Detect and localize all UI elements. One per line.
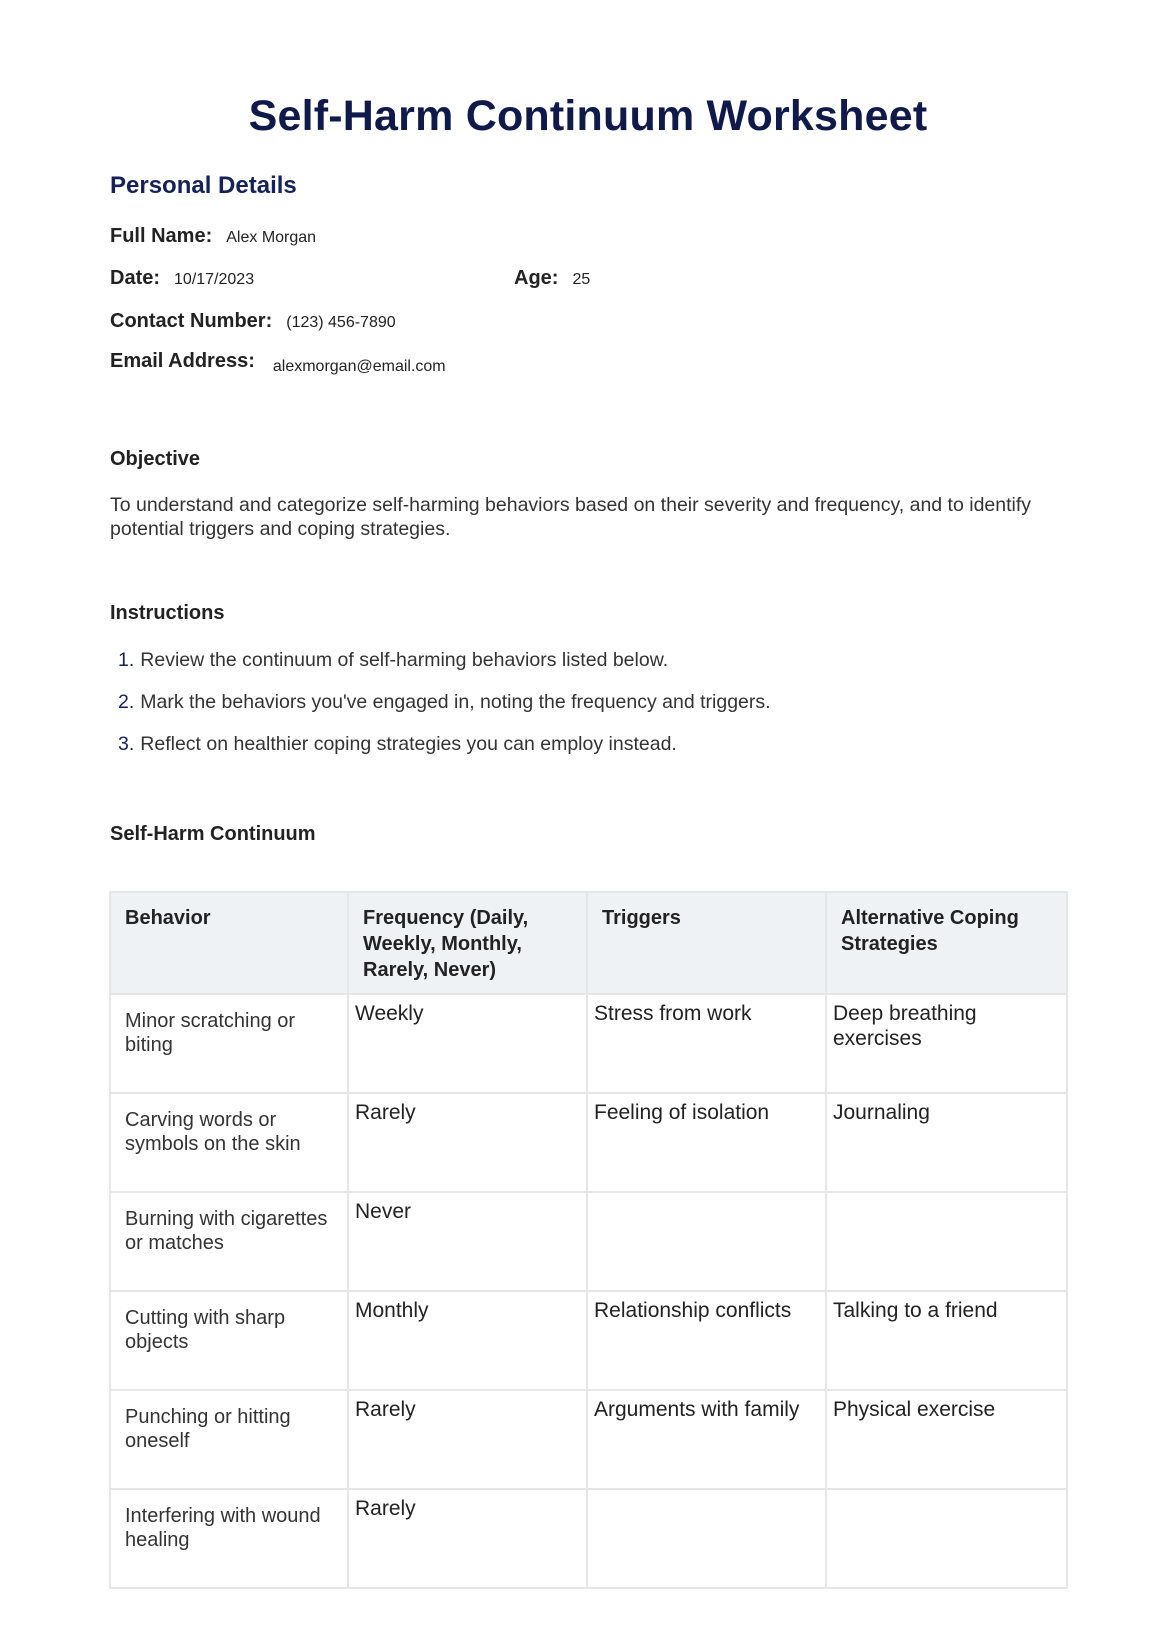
coping-cell: Deep breathing exercises [826,994,1067,1093]
behavior-cell: Interfering with wound healing [110,1489,348,1588]
coping-cell: Journaling [826,1093,1067,1192]
email-field: Email Address: alexmorgan@email.com [110,350,446,373]
behavior-cell: Punching or hitting oneself [110,1390,348,1489]
triggers-cell: Stress from work [587,994,826,1093]
frequency-cell: Rarely [348,1489,587,1588]
coping-cell [826,1489,1067,1588]
date-label: Date: [110,267,160,290]
page-title: Self-Harm Continuum Worksheet [0,92,1176,141]
full-name-label: Full Name: [110,225,212,248]
frequency-cell: Rarely [348,1390,587,1489]
worksheet-page: Self-Harm Continuum Worksheet Personal D… [0,0,1176,1630]
column-header-behavior: Behavior [110,892,348,994]
behavior-cell: Burning with cigarettes or matches [110,1192,348,1291]
date-value: 10/17/2023 [174,271,254,289]
instructions-heading: Instructions [110,602,224,625]
continuum-heading: Self-Harm Continuum [110,823,316,846]
full-name-field: Full Name: Alex Morgan [110,225,316,248]
email-value: alexmorgan@email.com [273,358,446,376]
frequency-cell: Never [348,1192,587,1291]
personal-details-heading: Personal Details [110,172,297,200]
column-header-triggers: Triggers [587,892,826,994]
coping-cell: Talking to a friend [826,1291,1067,1390]
coping-cell [826,1192,1067,1291]
behavior-cell: Cutting with sharp objects [110,1291,348,1390]
objective-heading: Objective [110,448,200,471]
email-label: Email Address: [110,350,255,373]
behavior-cell: Minor scratching or biting [110,994,348,1093]
table-row: Interfering with wound healingRarely [110,1489,1067,1588]
triggers-cell: Relationship conflicts [587,1291,826,1390]
age-label: Age: [514,267,558,290]
date-field: Date: 10/17/2023 [110,267,254,290]
table-row: Minor scratching or bitingWeeklyStress f… [110,994,1067,1093]
column-header-coping: Alternative Coping Strategies [826,892,1067,994]
column-header-frequency: Frequency (Daily, Weekly, Monthly, Rarel… [348,892,587,994]
age-value: 25 [572,271,590,289]
table-header-row: Behavior Frequency (Daily, Weekly, Month… [110,892,1067,994]
triggers-cell: Arguments with family [587,1390,826,1489]
table-row: Punching or hitting oneselfRarelyArgumen… [110,1390,1067,1489]
continuum-table: Behavior Frequency (Daily, Weekly, Month… [109,891,1068,1589]
frequency-cell: Monthly [348,1291,587,1390]
table-row: Burning with cigarettes or matchesNever [110,1192,1067,1291]
frequency-cell: Weekly [348,994,587,1093]
full-name-value: Alex Morgan [226,229,316,247]
instructions-list: 1.Review the continuum of self-harming b… [118,648,771,774]
triggers-cell: Feeling of isolation [587,1093,826,1192]
contact-number-label: Contact Number: [110,310,272,333]
instruction-step: 3.Reflect on healthier coping strategies… [118,732,771,774]
table-row: Cutting with sharp objectsMonthlyRelatio… [110,1291,1067,1390]
behavior-cell: Carving words or symbols on the skin [110,1093,348,1192]
triggers-cell [587,1489,826,1588]
table-row: Carving words or symbols on the skinRare… [110,1093,1067,1192]
age-field: Age: 25 [514,267,590,290]
contact-number-value: (123) 456-7890 [286,314,395,332]
objective-text: To understand and categorize self-harmin… [110,493,1050,541]
instruction-step: 2.Mark the behaviors you've engaged in, … [118,690,771,732]
triggers-cell [587,1192,826,1291]
instruction-step: 1.Review the continuum of self-harming b… [118,648,771,690]
coping-cell: Physical exercise [826,1390,1067,1489]
frequency-cell: Rarely [348,1093,587,1192]
contact-number-field: Contact Number: (123) 456-7890 [110,310,396,333]
